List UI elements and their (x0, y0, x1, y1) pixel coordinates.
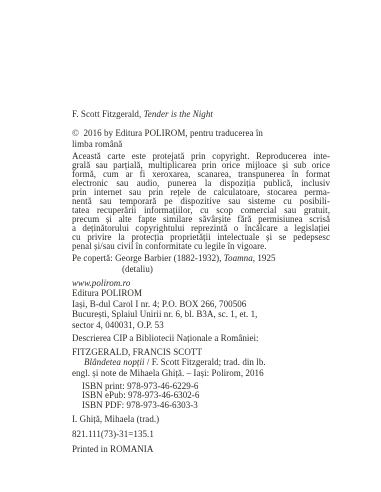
publisher-address-block: Editura POLIROMIași, B-dul Carol I nr. 4… (72, 288, 330, 330)
publisher-website: www.polirom.ro (72, 278, 330, 288)
cip-description: FITZGERALD, FRANCIS SCOTT Blândetea nopț… (72, 347, 330, 378)
cip-title-line: Blândetea nopții / F. Scott Fitzgerald; … (72, 357, 330, 367)
cover-artwork-title: Toamna (224, 253, 253, 263)
cover-artwork-year: , 1925 (253, 253, 276, 263)
cip-author: FITZGERALD, FRANCIS SCOTT (72, 347, 330, 357)
cover-artist: George Barbier (1882-1932), (115, 253, 224, 263)
cover-credit-label: Pe copertă: (72, 253, 115, 263)
cip-book-title: Blândetea nopții (84, 357, 145, 367)
copyright-notice-line1: © 2016 by Editura POLIROM, pentru traduc… (72, 128, 330, 139)
publisher-address-line: Editura POLIROM (72, 288, 330, 299)
cip-heading: Descrierea CIP a Bibliotecii Naționale a… (72, 333, 330, 343)
cip-line2: engl. și note de Mihaela Ghiță. – Iași: … (72, 368, 330, 378)
legal-paragraph-line: penal și/sau civil în conformitate cu le… (72, 242, 330, 251)
publisher-address-line: București, Splaiul Unirii nr. 6, bl. B3A… (72, 309, 330, 320)
copyright-notice-line2: limba română (72, 139, 330, 150)
book-title-line: F. Scott Fitzgerald, Tender is the Night (72, 109, 330, 120)
cip-title-rest: / F. Scott Fitzgerald; trad. din lb. (145, 357, 266, 367)
classification-number: 821.111(73)-31=135.1 (72, 429, 330, 439)
isbn-line: ISBN PDF: 978-973-46-6303-3 (82, 401, 330, 410)
printed-in-note: Printed in ROMANIA (72, 444, 330, 454)
cover-credit-line1: Pe copertă: George Barbier (1882-1932), … (72, 253, 330, 264)
isbn-block: ISBN print: 978-973-46-6229-6ISBN ePub: … (72, 382, 330, 410)
cover-credit-detail: (detaliu) (72, 264, 330, 275)
publisher-address-line: sector 4, 040031, O.P. 53 (72, 320, 330, 331)
author-name: F. Scott Fitzgerald, (72, 109, 144, 119)
publisher-address-line: Iași, B-dul Carol I nr. 4; P.O. BOX 266,… (72, 299, 330, 310)
book-title: Tender is the Night (144, 109, 213, 119)
copyright-notice: © 2016 by Editura POLIROM, pentru traduc… (72, 128, 330, 150)
copyright-page-text-block: F. Scott Fitzgerald, Tender is the Night… (72, 109, 330, 454)
book-copyright-page: F. Scott Fitzgerald, Tender is the Night… (0, 0, 381, 492)
cover-credit: Pe copertă: George Barbier (1882-1932), … (72, 253, 330, 274)
translator-note: I. Ghiță, Mihaela (trad.) (72, 414, 330, 424)
legal-paragraph: Această carte este protejată prin copyri… (72, 152, 330, 251)
